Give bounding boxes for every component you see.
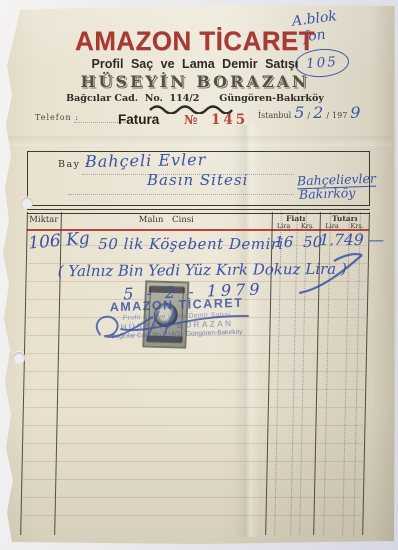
- date-separator-2: /: [326, 111, 329, 120]
- signature-scrawl: [86, 303, 257, 351]
- invoice-paper: A.blok fon 105 AMAZON TİCARET Profil Saç…: [0, 0, 398, 550]
- horizontal-crease: [8, 136, 392, 146]
- company-name: AMAZON TİCARET: [58, 26, 333, 57]
- total-flourish: [295, 249, 368, 299]
- date-month: 2: [313, 103, 323, 122]
- date-year-digit: 9: [350, 103, 360, 122]
- row-total: 1.749 —: [319, 231, 384, 249]
- punch-hole-top: [21, 197, 33, 209]
- numero-symbol: №: [184, 112, 198, 127]
- date-year-printed: 197: [332, 111, 347, 120]
- buyer-name-line2: Basın Sitesi: [147, 171, 248, 189]
- invoice-number: 145: [211, 112, 248, 128]
- date-separator-1: /: [307, 111, 310, 120]
- telefon-label: Telefon :: [35, 113, 79, 122]
- items-table: Miktar Malın Cinsi Fiatı Lira Krş. Tutar…: [20, 209, 370, 535]
- buyer-name-line1: Bahçeli Evler: [85, 150, 207, 171]
- fatura-label: Fatura: [118, 112, 159, 127]
- punch-hole-bottom: [13, 352, 25, 364]
- col-header-malin-cinsi: Malın Cinsi: [61, 215, 272, 225]
- buyer-city: Bakırköy: [299, 185, 356, 202]
- date-day: 5: [294, 103, 304, 122]
- right-edge-shadow: [372, 6, 394, 542]
- city-label: İstanbul: [258, 111, 291, 120]
- col-header-miktar: Miktar: [27, 215, 61, 225]
- row-description: 50 lik Köşebent Demiri: [98, 235, 284, 253]
- place-and-date: İstanbul 5 / 2 / 197 9: [258, 103, 396, 122]
- owner-name: HÜSEYİN BORAZAN: [52, 72, 338, 91]
- buyer-dotted-rule-2: [68, 192, 294, 195]
- company-tagline: Profil Saç ve Lama Demir Satışı: [52, 57, 338, 71]
